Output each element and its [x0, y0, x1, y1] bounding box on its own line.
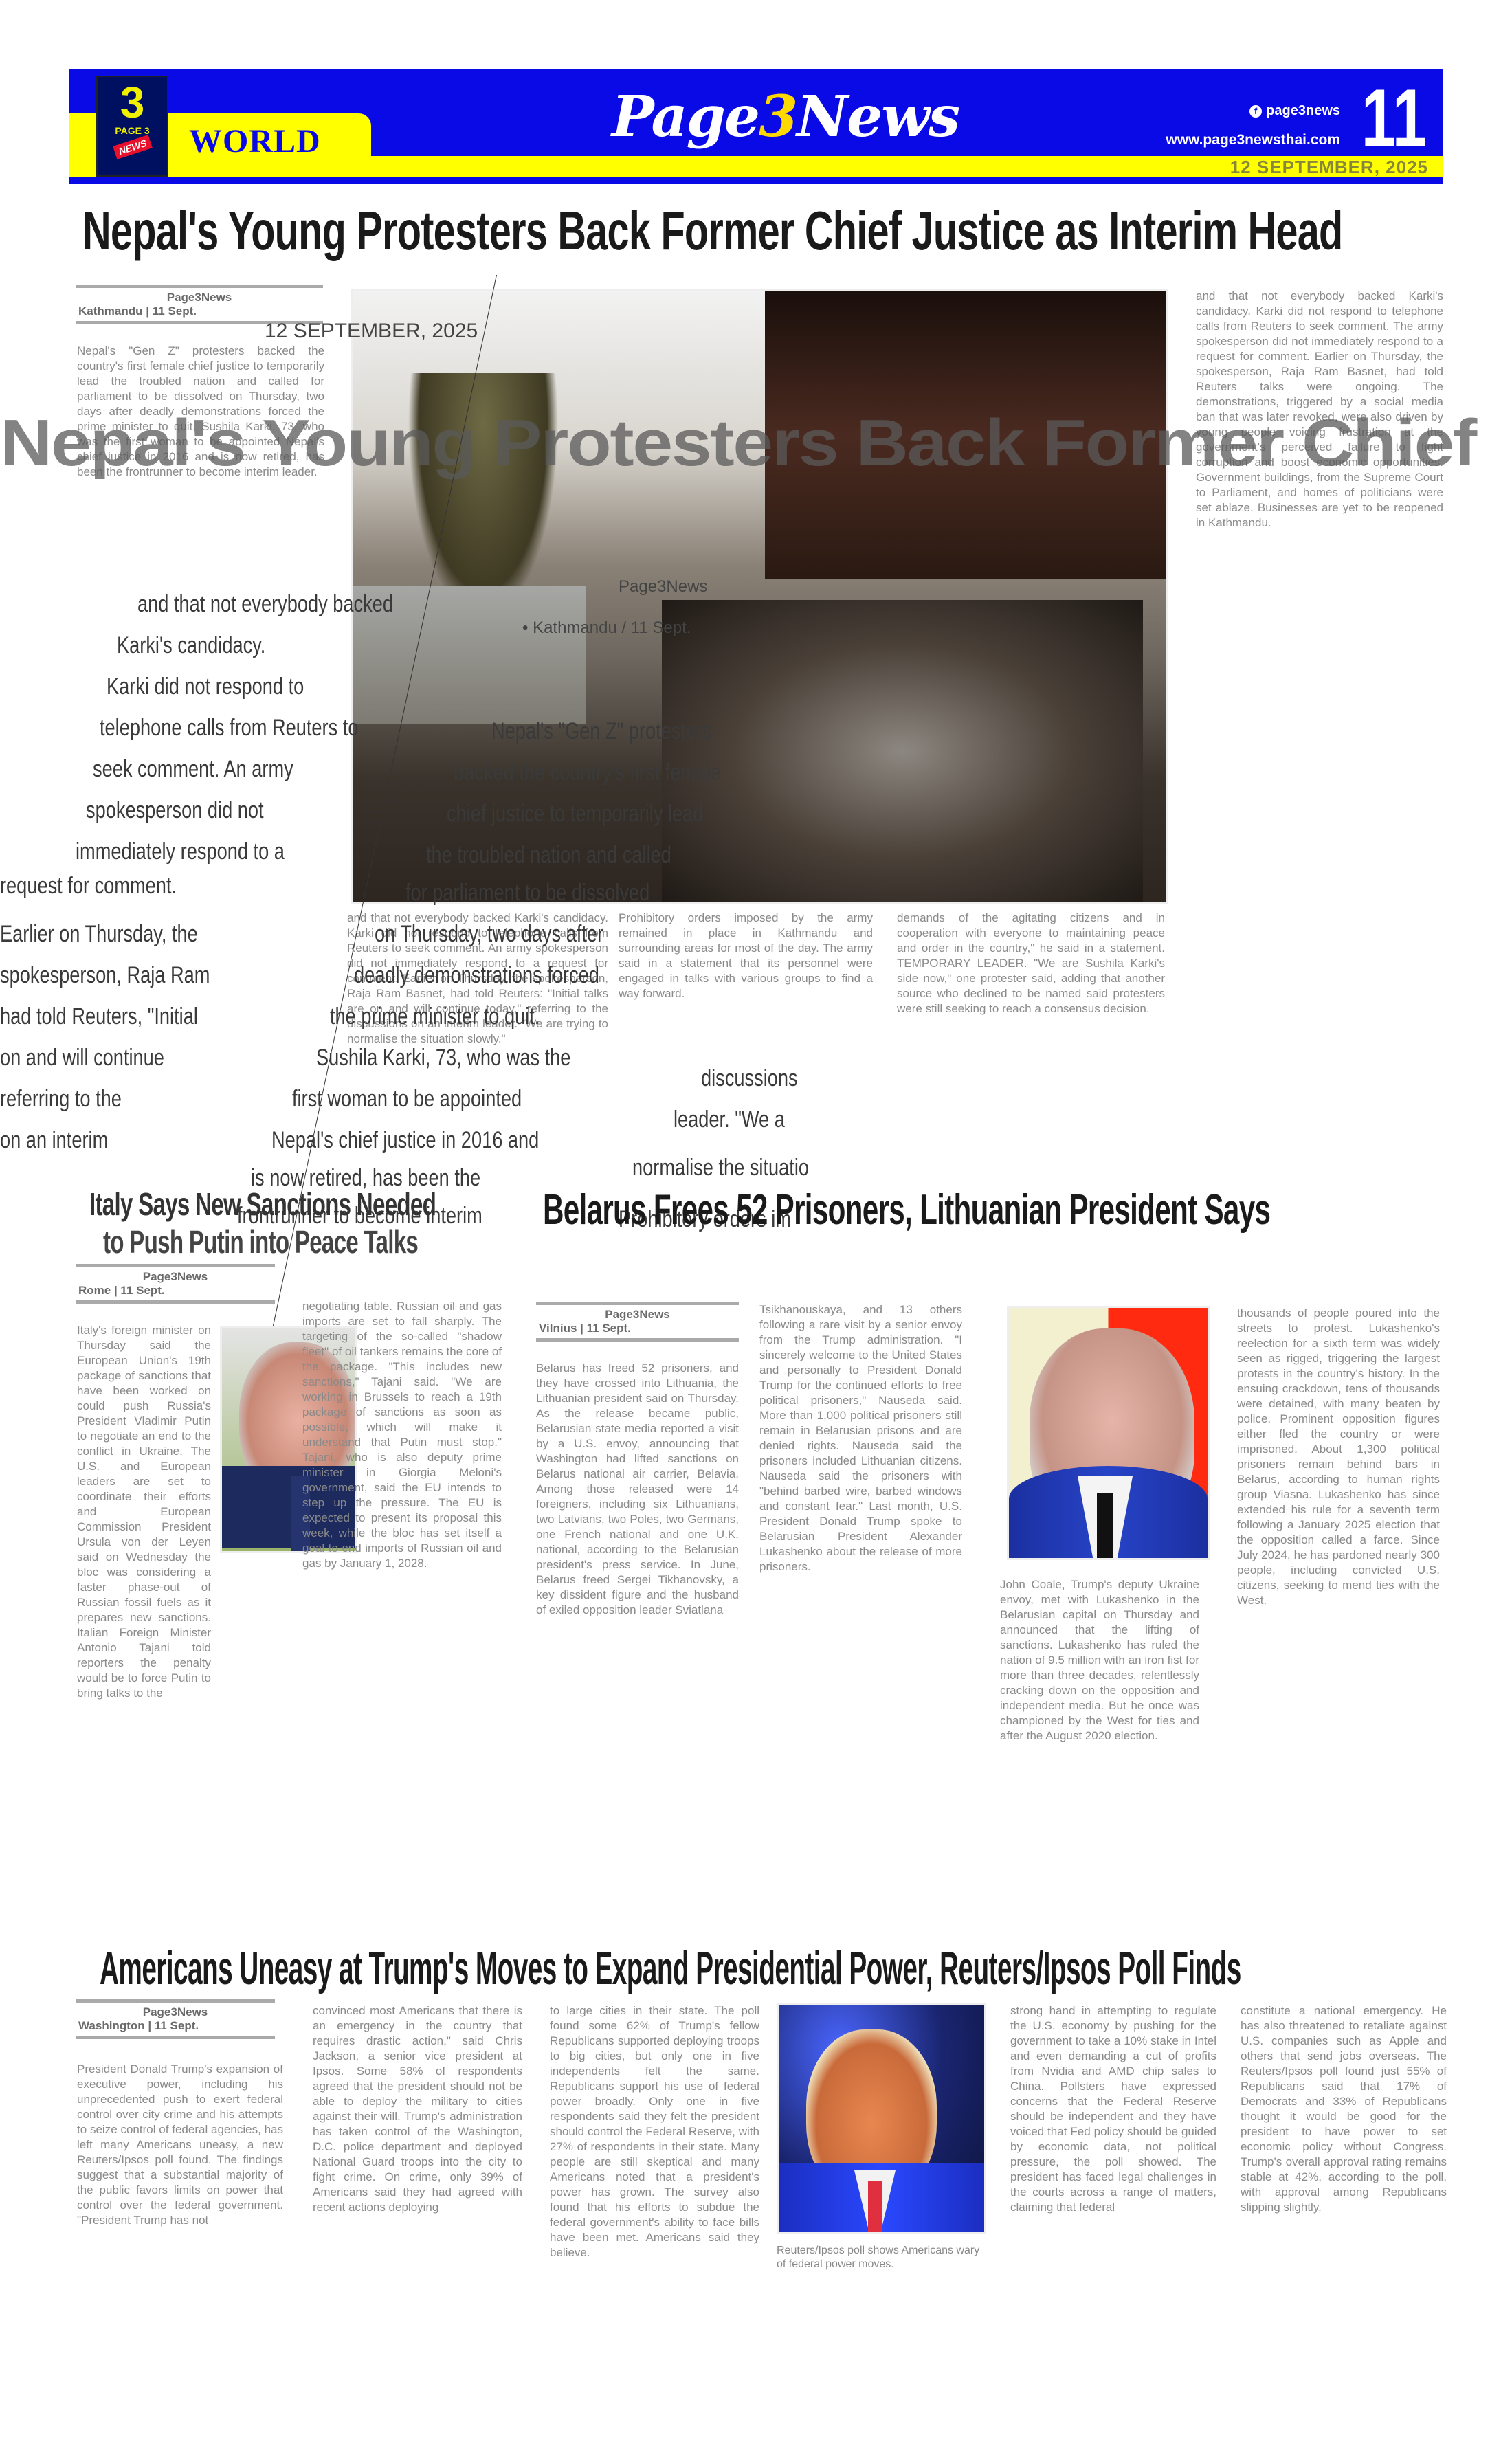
overlay-fragment: the troubled nation and called [426, 842, 671, 869]
facebook-icon: f [1249, 105, 1262, 118]
overlay-fragment: spokesperson, Raja Ram [0, 962, 210, 989]
overlay-fragment: Karki did not respond to [107, 674, 304, 700]
section-label: WORLD [189, 122, 321, 160]
overlay-fragment: on an interim [0, 1127, 108, 1154]
us-poll-headline: Americans Uneasy at Trump's Moves to Exp… [100, 1941, 1241, 1995]
brand-prefix: Page [612, 84, 759, 150]
belarus-president-portrait [1007, 1306, 1210, 1560]
italy-headline-line1: Italy Says New Sanctions Needed [89, 1186, 436, 1223]
us-poll-column-2: convinced most Americans that there is a… [313, 2003, 522, 2448]
byline-rule [76, 285, 323, 288]
byline-rule [536, 1302, 739, 1305]
belarus-byline: Page3News Vilnius | 11 Sept. [536, 1299, 739, 1344]
trump-photo-caption: Reuters/Ipsos poll shows Americans wary … [777, 2244, 983, 2271]
overlay-fragment: referring to the [0, 1086, 122, 1113]
overlay-fragment: the prime minister to quit. [330, 1003, 540, 1030]
overlay-fragment: Earlier on Thursday, the [0, 921, 198, 948]
overlay-fragment: normalise the situatio [632, 1155, 809, 1181]
overlay-date: 12 SEPTEMBER, 2025 [265, 320, 478, 343]
overlay-fragment: chief justice to temporarily lead [447, 801, 703, 827]
logo-number: 3 [120, 80, 145, 125]
brand-number: 3 [759, 84, 797, 150]
brand-suffix: News [797, 84, 959, 150]
byline-source: Page3News [536, 1308, 739, 1322]
belarus-column-3: John Coale, Trump's deputy Ukraine envoy… [1000, 1577, 1199, 1921]
byline-dateline: Washington | 11 Sept. [76, 2019, 275, 2033]
belarus-column-2: Tsikhanouskaya, and 13 others following … [759, 1302, 962, 1921]
overlay-fragment: for parliament to be dissolved [405, 880, 649, 906]
overlay-fragment: telephone calls from Reuters to [100, 715, 358, 742]
byline-rule [536, 1338, 739, 1342]
overlay-fragment: spokesperson did not [86, 797, 264, 824]
overlay-fragment: deadly demonstrations forced [354, 962, 599, 989]
belarus-column-1: Belarus has freed 52 prisoners, and they… [536, 1361, 739, 1917]
tie-shape [1097, 1493, 1113, 1560]
trump-portrait [777, 2003, 986, 2234]
social-handle: page3news [1266, 103, 1340, 119]
overlay-fragment: had told Reuters, "Initial [0, 1003, 198, 1030]
byline-source: Page3News [76, 2005, 275, 2019]
belarus-column-4: thousands of people poured into the stre… [1237, 1306, 1440, 1917]
byline-rule [76, 2036, 275, 2039]
overlay-fragment: Karki's candidacy. [117, 632, 265, 659]
italy-column-2: negotiating table. Russian oil and gas i… [302, 1299, 502, 1917]
us-poll-byline: Page3News Washington | 11 Sept. [76, 1996, 275, 2042]
burnt-truck-shape [662, 600, 1143, 902]
italy-byline: Page3News Rome | 11 Sept. [76, 1261, 275, 1306]
us-poll-column-4: strong hand in attempting to regulate th… [1010, 2003, 1216, 2448]
masthead: 3 PAGE 3 NEWS WORLD Page3News f page3new… [69, 69, 1443, 184]
byline-source: Page3News [76, 291, 323, 304]
overlay-fragment: immediately respond to a [76, 838, 285, 865]
byline-rule [76, 1999, 275, 2003]
nepal-headline: Nepal's Young Protesters Back Former Chi… [82, 199, 1342, 263]
tie-shape [868, 2181, 882, 2234]
social-link[interactable]: f page3news [1249, 103, 1340, 119]
us-poll-column-1: President Donald Trump's expansion of ex… [77, 2062, 283, 2447]
nepal-column-4: demands of the agitating citizens and in… [897, 911, 1165, 1213]
byline-dateline: Kathmandu | 11 Sept. [76, 304, 323, 318]
overlay-fragment: on and will continue [0, 1045, 164, 1071]
overlay-fragment: Page3News [619, 577, 707, 597]
overlay-fragment: backed the country's first female [454, 759, 721, 786]
logo-text: PAGE 3 [115, 125, 149, 136]
italy-column-1: Italy's foreign minister on Thursday sai… [77, 1323, 211, 1921]
italy-headline-line2: to Push Putin into Peace Talks [103, 1223, 418, 1260]
byline-source: Page3News [76, 1270, 275, 1284]
byline-dateline: Vilnius | 11 Sept. [536, 1322, 739, 1335]
byline-rule [76, 1264, 275, 1267]
logo-news-badge: NEWS [113, 135, 153, 159]
byline-dateline: Rome | 11 Sept. [76, 1284, 275, 1298]
byline-rule [76, 1300, 275, 1304]
us-poll-column-3: to large cities in their state. The poll… [550, 2003, 759, 2448]
page-number: 11 [1361, 77, 1427, 159]
website-link[interactable]: www.page3newsthai.com [1166, 132, 1340, 148]
overlay-fragment: seek comment. An army [93, 756, 293, 783]
overlay-fragment: leader. "We a [674, 1106, 785, 1133]
overlay-fragment: on Thursday, two days after [375, 921, 603, 948]
us-poll-column-5: constitute a national emergency. He has … [1241, 2003, 1447, 2448]
overlay-fragment: and that not everybody backed [137, 591, 393, 618]
belarus-headline: Belarus Frees 52 Prisoners, Lithuanian P… [543, 1186, 1270, 1234]
issue-date: 12 SEPTEMBER, 2025 [1230, 157, 1428, 178]
overlay-fragment: • Kathmandu / 11 Sept. [522, 619, 691, 638]
overlay-fragment: Nepal's "Gen Z" protesters [491, 718, 712, 745]
overlay-fragment: first woman to be appointed [292, 1086, 522, 1113]
overlay-fragment: discussions [701, 1065, 798, 1092]
brand-wordmark: Page3News [612, 84, 959, 150]
overlay-fragment: Sushila Karki, 73, who was the [316, 1045, 570, 1071]
overlay-headline: Nepal's Young Protesters Back Former Chi… [0, 405, 1476, 481]
page3-logo: 3 PAGE 3 NEWS [96, 76, 168, 177]
overlay-fragment: request for comment. [0, 873, 177, 900]
